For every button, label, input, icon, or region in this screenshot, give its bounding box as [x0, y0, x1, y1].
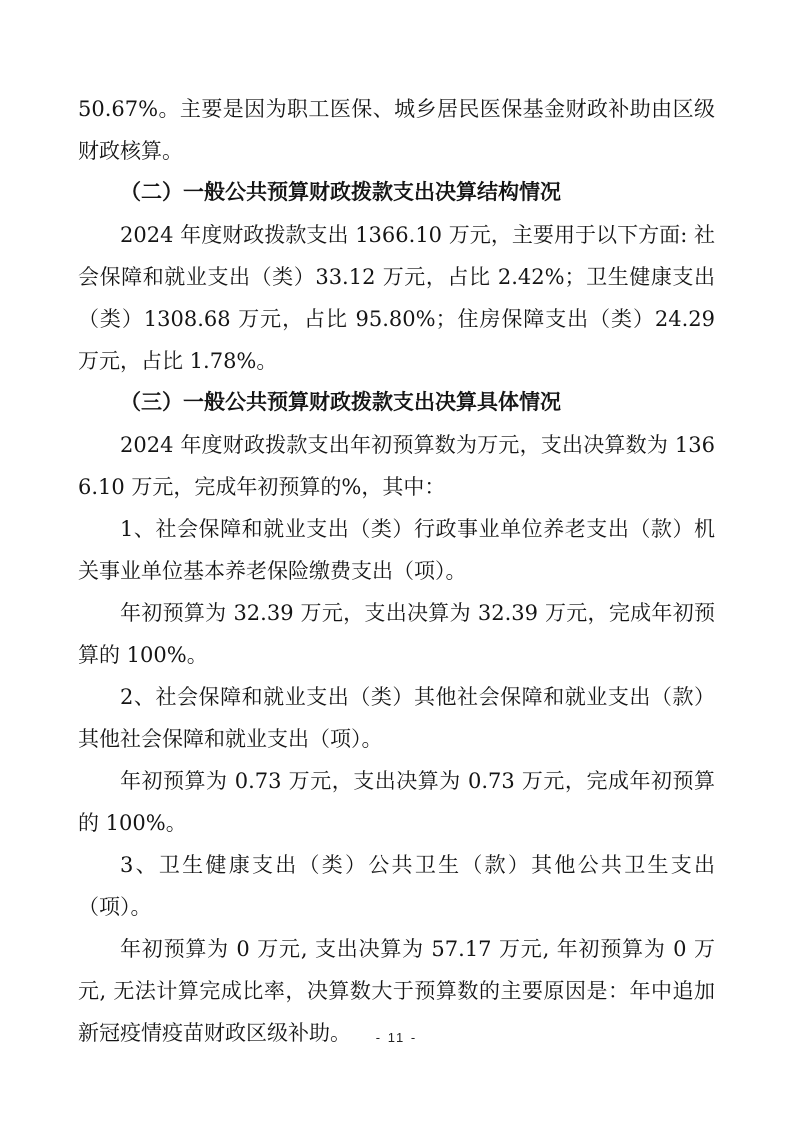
section-heading-3: （三）一般公共预算财政拨款支出决算具体情况: [78, 382, 715, 424]
paragraph-expenditure-structure: 2024 年度财政拨款支出 1366.10 万元，主要用于以下方面: 社会保障和…: [78, 214, 715, 382]
paragraph-continuation: 50.67%。主要是因为职工医保、城乡居民医保基金财政补助由区级财政核算。: [78, 88, 715, 172]
paragraph-item-3-title: 3、卫生健康支出（类）公共卫生（款）其他公共卫生支出（项）。: [78, 844, 715, 928]
page-number: - 11 -: [0, 1030, 793, 1045]
paragraph-item-1-title: 1、社会保障和就业支出（类）行政事业单位养老支出（款）机关事业单位基本养老保险缴…: [78, 508, 715, 592]
document-content: 50.67%。主要是因为职工医保、城乡居民医保基金财政补助由区级财政核算。 （二…: [78, 88, 715, 1054]
paragraph-item-2-figures: 年初预算为 0.73 万元，支出决算为 0.73 万元，完成年初预算的 100%…: [78, 760, 715, 844]
paragraph-expenditure-detail-intro: 2024 年度财政拨款支出年初预算数为万元，支出决算数为 1366.10 万元，…: [78, 424, 715, 508]
paragraph-item-2-title: 2、社会保障和就业支出（类）其他社会保障和就业支出（款）其他社会保障和就业支出（…: [78, 676, 715, 760]
paragraph-item-1-figures: 年初预算为 32.39 万元，支出决算为 32.39 万元，完成年初预算的 10…: [78, 592, 715, 676]
document-page: 50.67%。主要是因为职工医保、城乡居民医保基金财政补助由区级财政核算。 （二…: [0, 0, 793, 1122]
section-heading-2: （二）一般公共预算财政拨款支出决算结构情况: [78, 172, 715, 214]
